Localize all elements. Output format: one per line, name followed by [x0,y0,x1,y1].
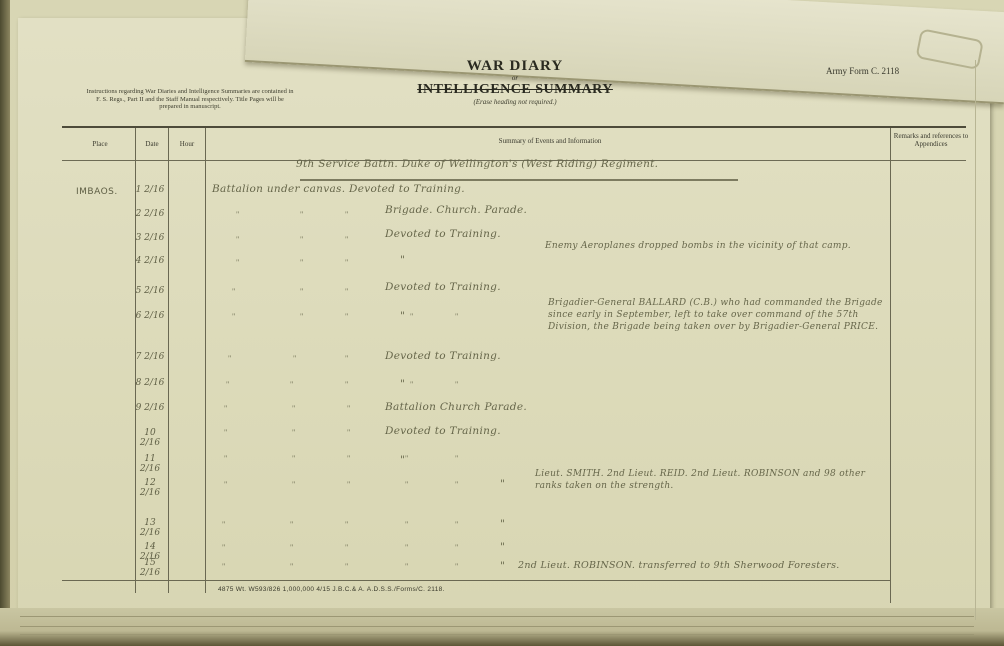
stacked-pages [0,608,1004,646]
date-entry: 1 2/16 [133,185,167,195]
summary-remark: Brigadier-General BALLARD (C.B.) who had… [548,297,883,333]
summary-entry: " [400,378,405,390]
column-divider [890,128,891,603]
date-entry: 8 2/16 [133,378,167,388]
summary-remark: 2nd Lieut. ROBINSON. transferred to 9th … [518,560,840,571]
column-header-date: Date [137,140,167,148]
form-title-block: WAR DIARY or INTELLIGENCE SUMMARY (Erase… [380,58,650,106]
date-entry: 2 2/16 [133,209,167,219]
summary-entry: " [500,560,505,572]
date-entry: 12 2/16 [133,478,167,498]
table-bottom-rule [62,580,890,581]
form-subtitle: INTELLIGENCE SUMMARY [380,82,650,98]
summary-entry: Battalion Church Parade. [385,401,527,413]
unit-heading: 9th Service Battn. Duke of Wellington's … [296,158,658,170]
page-right-edge [975,60,992,620]
summary-entry: " [400,254,405,266]
date-entry: 3 2/16 [133,233,167,243]
binder-edge [0,0,10,646]
summary-entry: Devoted to Training. [385,425,501,437]
place-entry: IMBAOS. [76,187,118,197]
date-entry: 10 2/16 [133,428,167,448]
column-divider [205,128,206,593]
column-header-hour: Hour [170,140,204,148]
summary-entry: Devoted to Training. [385,350,501,362]
form-title: WAR DIARY [380,58,650,75]
date-entry: 4 2/16 [133,256,167,266]
column-header-place: Place [70,140,130,148]
form-title-or: or [380,74,650,82]
summary-entry: Devoted to Training. [385,228,501,240]
date-entry: 15 2/16 [133,558,167,578]
form-instructions: Instructions regarding War Diaries and I… [85,88,295,111]
summary-entry: Battalion under canvas. Devoted to Train… [212,183,465,195]
summary-remark: Lieut. SMITH. 2nd Lieut. REID. 2nd Lieut… [535,468,880,492]
date-entry: 11 2/16 [133,454,167,474]
column-header-remarks: Remarks and references to Appendices [893,132,969,148]
summary-entry: " [400,310,405,322]
date-entry: 9 2/16 [133,403,167,413]
army-form-number: Army Form C. 2118 [826,66,899,76]
summary-entry: " [500,518,505,530]
column-header-summary: Summary of Events and Information [420,137,680,145]
print-footer: 4875 Wt. W593/826 1,000,000 4/15 J.B.C.&… [218,586,445,593]
form-note: (Erase heading not required.) [380,98,650,106]
table-top-rule [62,126,966,128]
summary-entry: Brigade. Church. Parade. [385,204,527,216]
date-entry: 13 2/16 [133,518,167,538]
date-entry: 7 2/16 [133,352,167,362]
date-entry: 6 2/16 [133,311,167,321]
date-entry: 5 2/16 [133,286,167,296]
summary-remark: Enemy Aeroplanes dropped bombs in the vi… [545,240,875,252]
flap-tab [915,28,984,70]
summary-entry: Devoted to Training. [385,281,501,293]
summary-entry: " [500,541,505,553]
unit-heading-underline [300,179,738,181]
column-divider [168,128,169,593]
summary-entry: " [500,478,505,490]
